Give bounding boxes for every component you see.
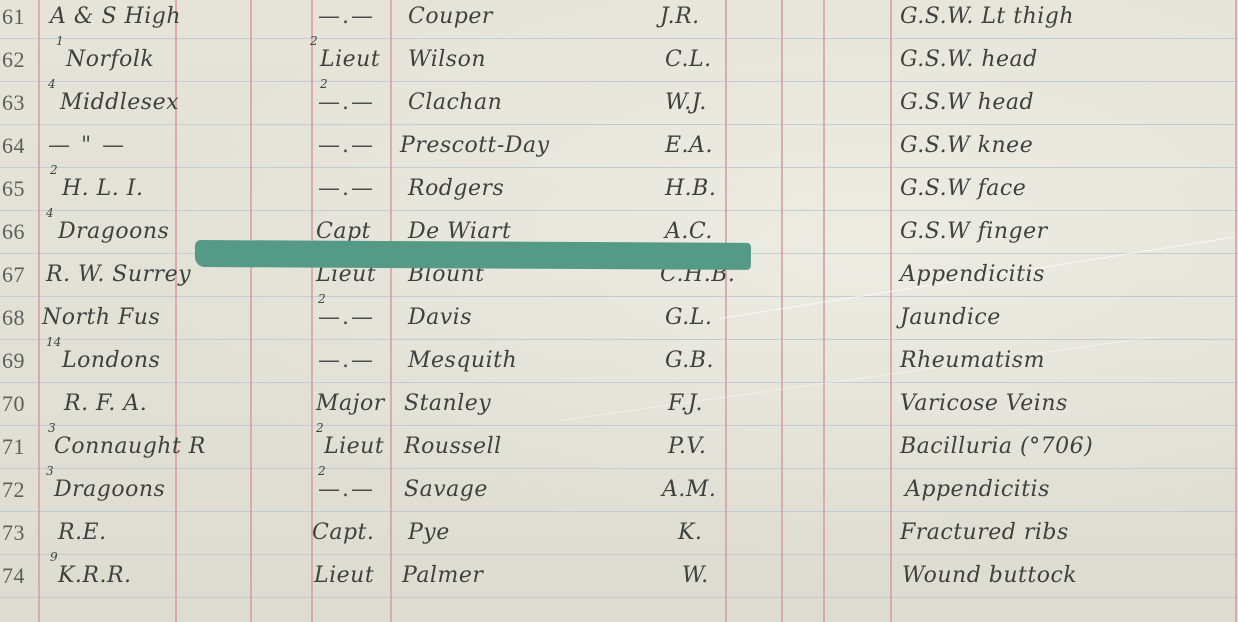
surname: Pye <box>408 513 450 556</box>
rank-grade: 2 <box>316 421 324 435</box>
initials: G.B. <box>665 341 714 384</box>
unit-battalion: 14 <box>46 335 61 349</box>
condition: G.S.W finger <box>900 212 1048 255</box>
condition: G.S.W. head <box>900 40 1038 83</box>
entry-number: 66 <box>2 212 25 255</box>
entry-number: 61 <box>2 0 25 40</box>
unit: R. F. A. <box>64 384 147 427</box>
rank: Lieut <box>320 40 380 83</box>
surname: Prescott-Day <box>400 126 550 169</box>
redaction-bar <box>195 240 751 270</box>
condition: Appendicitis <box>905 470 1050 513</box>
surname: Roussell <box>404 427 502 470</box>
initials: P.V. <box>668 427 706 470</box>
ledger-row: 61 A & S High —.— Couper J.R. G.S.W. Lt … <box>0 0 1238 40</box>
rank: Lieut <box>314 556 374 599</box>
unit-ditto: — " — <box>48 126 126 169</box>
unit: Middlesex <box>60 83 179 126</box>
ledger-row: 68 North Fus 2 —.— Davis G.L. Jaundice <box>0 298 1238 341</box>
unit-battalion: 3 <box>46 464 54 478</box>
condition: Rheumatism <box>900 341 1045 384</box>
rank: —.— <box>318 169 375 212</box>
unit: Dragoons <box>54 470 165 513</box>
initials: G.L. <box>665 298 712 341</box>
initials: K. <box>678 513 702 556</box>
surname: Rodgers <box>408 169 504 212</box>
rank-grade: 2 <box>310 34 318 48</box>
ledger-row: 70 R. F. A. Major Stanley F.J. Varicose … <box>0 384 1238 427</box>
ledger-row: 74 9 K.R.R. Lieut Palmer W. Wound buttoc… <box>0 556 1238 599</box>
condition: G.S.W. Lt thigh <box>900 0 1074 40</box>
unit-battalion: 9 <box>50 550 58 564</box>
entry-number: 69 <box>2 341 25 384</box>
ledger-row: 73 R.E. Capt. Pye K. Fractured ribs <box>0 513 1238 556</box>
unit-battalion: 4 <box>46 206 54 220</box>
ledger-row: 64 — " — —.— Prescott-Day E.A. G.S.W kne… <box>0 126 1238 169</box>
unit: Dragoons <box>58 212 169 255</box>
unit: Londons <box>62 341 160 384</box>
surname: Clachan <box>408 83 502 126</box>
rank: —.— <box>318 298 375 341</box>
surname: Davis <box>408 298 472 341</box>
unit: H. L. I. <box>62 169 143 212</box>
initials: W.J. <box>665 83 707 126</box>
condition: Wound buttock <box>902 556 1077 599</box>
entry-number: 73 <box>2 513 25 556</box>
initials: H.B. <box>665 169 716 212</box>
entry-number: 63 <box>2 83 25 126</box>
surname: Savage <box>404 470 488 513</box>
entry-number: 74 <box>2 556 25 599</box>
unit: R. W. Surrey <box>46 255 191 298</box>
condition: G.S.W knee <box>900 126 1033 169</box>
entry-number: 64 <box>2 126 25 169</box>
entry-number: 62 <box>2 40 25 83</box>
condition: G.S.W face <box>900 169 1026 212</box>
ledger-row: 65 2 H. L. I. —.— Rodgers H.B. G.S.W fac… <box>0 169 1238 212</box>
unit-battalion: 2 <box>50 163 58 177</box>
surname: Wilson <box>408 40 486 83</box>
condition: Jaundice <box>900 298 1001 341</box>
rank: —.— <box>318 341 375 384</box>
initials: A.M. <box>662 470 716 513</box>
condition: G.S.W head <box>900 83 1034 126</box>
unit: R.E. <box>58 513 107 556</box>
ledger-row: 71 3 Connaught R 2 Lieut Roussell P.V. B… <box>0 427 1238 470</box>
initials: W. <box>682 556 709 599</box>
surname: Couper <box>408 0 493 40</box>
condition: Varicose Veins <box>900 384 1068 427</box>
surname: Stanley <box>404 384 491 427</box>
rank: —.— <box>318 83 375 126</box>
condition: Bacilluria (°706) <box>900 427 1093 470</box>
ledger-row: 62 1 Norfolk 2 Lieut Wilson C.L. G.S.W. … <box>0 40 1238 83</box>
initials: F.J. <box>668 384 703 427</box>
entry-number: 68 <box>2 298 25 341</box>
surname: Mesquith <box>408 341 517 384</box>
unit-battalion: 4 <box>48 77 56 91</box>
unit: Norfolk <box>66 40 154 83</box>
unit-battalion: 1 <box>56 34 64 48</box>
condition: Fractured ribs <box>900 513 1069 556</box>
rank: Lieut <box>324 427 384 470</box>
initials: J.R. <box>660 0 700 40</box>
ledger-row: 72 3 Dragoons 2 —.— Savage A.M. Appendic… <box>0 470 1238 513</box>
entry-number: 67 <box>2 255 25 298</box>
entry-number: 72 <box>2 470 25 513</box>
initials: E.A. <box>665 126 713 169</box>
unit: Connaught R <box>54 427 206 470</box>
ledger-page: 61 A & S High —.— Couper J.R. G.S.W. Lt … <box>0 0 1238 622</box>
entry-number: 71 <box>2 427 25 470</box>
rank: —.— <box>318 0 375 40</box>
surname: Palmer <box>402 556 483 599</box>
unit: K.R.R. <box>58 556 132 599</box>
rank: Capt. <box>312 513 374 556</box>
ledger-row: 69 14 Londons —.— Mesquith G.B. Rheumati… <box>0 341 1238 384</box>
entry-number: 70 <box>2 384 25 427</box>
entry-number: 65 <box>2 169 25 212</box>
rank: —.— <box>318 126 375 169</box>
rank: Major <box>316 384 385 427</box>
initials: C.L. <box>665 40 712 83</box>
condition: Appendicitis <box>900 255 1045 298</box>
rank: —.— <box>318 470 375 513</box>
unit: A & S High <box>50 0 181 40</box>
ledger-row: 63 4 Middlesex 2 —.— Clachan W.J. G.S.W … <box>0 83 1238 126</box>
